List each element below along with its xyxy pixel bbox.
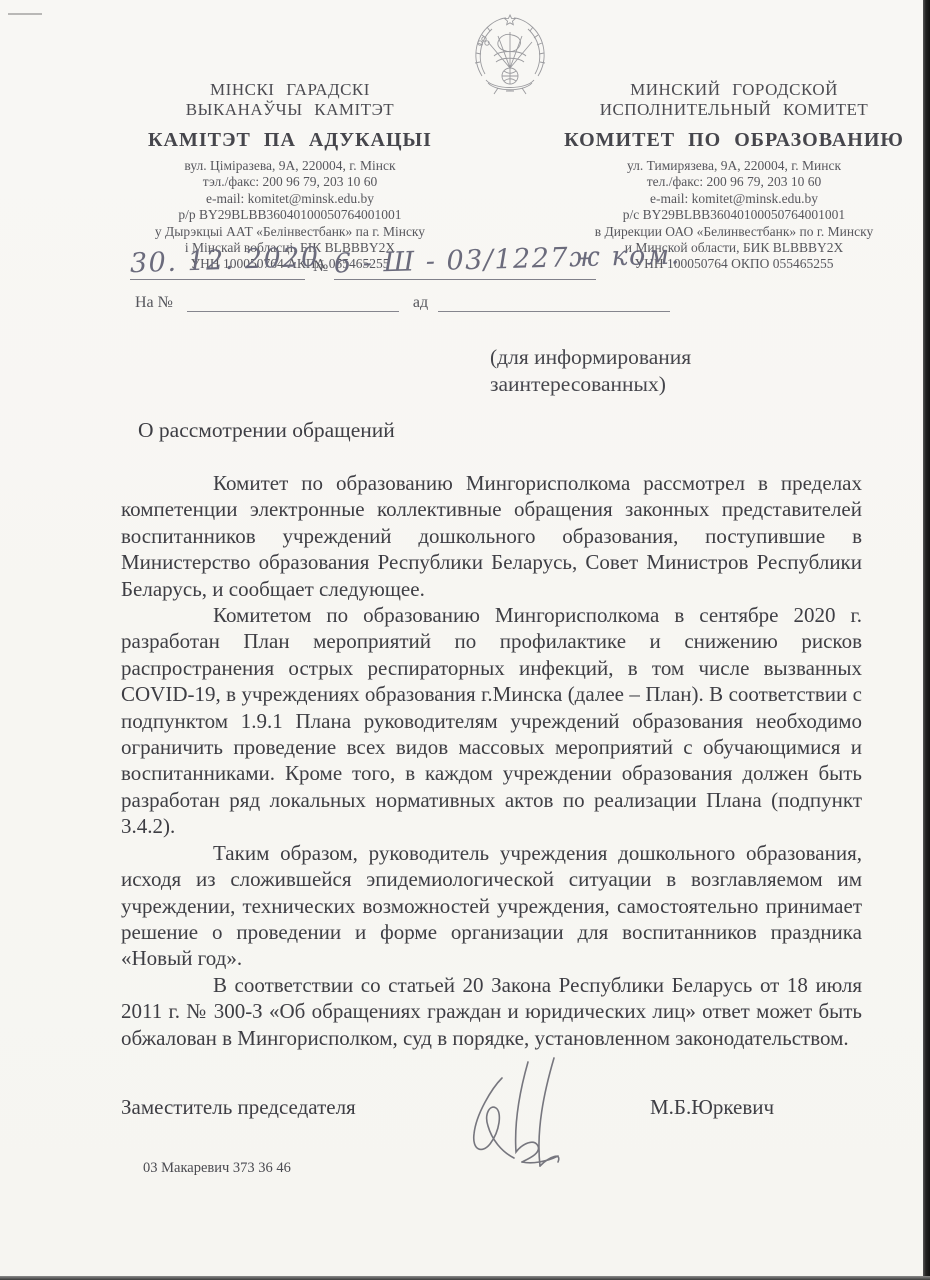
addressee-note-line2: заинтересованных)	[490, 371, 691, 398]
letter-body: Комитет по образованию Мингорисполкома р…	[121, 470, 862, 1051]
number-field: 6 - Ш - 03/1227ж ком.	[334, 248, 596, 280]
org-name-line1: МІНСКІ ГАРАДСКІ	[100, 80, 480, 100]
committee-name: КОМИТЕТ ПО ОБРАЗОВАНИЮ	[552, 129, 916, 152]
address-line: р/р BY29BLBB36040100050764001001	[100, 207, 480, 223]
belarus-coat-of-arms-icon	[468, 12, 552, 98]
address-line: тел./факс: 200 96 79, 203 10 60	[552, 174, 916, 190]
address-line: у Дырэкцыі ААТ «Белінвестбанк» па г. Мін…	[100, 224, 480, 240]
reply-from-label: ад	[413, 294, 428, 312]
signer-title: Заместитель председателя	[121, 1095, 356, 1120]
addressee-note: (для информирования заинтересованных)	[490, 344, 691, 398]
address-line: р/с BY29BLBB36040100050764001001	[552, 207, 916, 223]
org-name-line1: МИНСКИЙ ГОРОДСКОЙ	[552, 80, 916, 100]
handwritten-signature-icon	[462, 1052, 587, 1177]
outgoing-reference-row: 30. 12. 2020 № 6 - Ш - 03/1227ж ком.	[130, 248, 596, 280]
body-paragraph: Таким образом, руководитель учреждения д…	[121, 840, 862, 972]
reply-date-blank	[438, 295, 670, 312]
address-line: в Дирекции ОАО «Белинвестбанк» по г. Мин…	[552, 224, 916, 240]
org-name-line2: ИСПОЛНИТЕЛЬНЫЙ КОМИТЕТ	[552, 100, 916, 120]
address-line: тэл./факс: 200 96 79, 203 10 60	[100, 174, 480, 190]
body-paragraph: Комитетом по образованию Мингорисполкома…	[121, 602, 862, 840]
addressee-note-line1: (для информирования	[490, 344, 691, 371]
body-paragraph: В соответствии со статьей 20 Закона Респ…	[121, 972, 862, 1051]
incoming-reference-row: На № ад	[135, 294, 670, 312]
subject-line: О рассмотрении обращений	[138, 418, 395, 443]
address-line: e-mail: komitet@minsk.edu.by	[552, 191, 916, 207]
reply-label: На №	[135, 294, 173, 312]
address-line: вул. Ціміразева, 9А, 220004, г. Мінск	[100, 158, 480, 174]
scan-artifact-corner	[8, 13, 42, 15]
address-line: ул. Тимирязева, 9А, 220004, г. Минск	[552, 158, 916, 174]
org-name-line2: ВЫКАНАЎЧЫ КАМІТЭТ	[100, 100, 480, 120]
body-paragraph: Комитет по образованию Мингорисполкома р…	[121, 470, 862, 602]
address-line: e-mail: komitet@minsk.edu.by	[100, 191, 480, 207]
signer-name: М.Б.Юркевич	[650, 1095, 774, 1120]
committee-name: КАМІТЭТ ПА АДУКАЦЫІ	[100, 129, 480, 152]
scan-artifact-right-edge	[923, 0, 930, 1280]
reply-number-blank	[187, 295, 399, 312]
scanned-letter-page: МІНСКІ ГАРАДСКІ ВЫКАНАЎЧЫ КАМІТЭТ КАМІТЭ…	[0, 0, 930, 1280]
executor-contact: 03 Макаревич 373 36 46	[143, 1160, 291, 1177]
date-field: 30. 12. 2020	[130, 248, 305, 280]
scan-artifact-bottom-edge	[0, 1276, 930, 1280]
handwritten-date: 30. 12. 2020	[129, 242, 320, 280]
